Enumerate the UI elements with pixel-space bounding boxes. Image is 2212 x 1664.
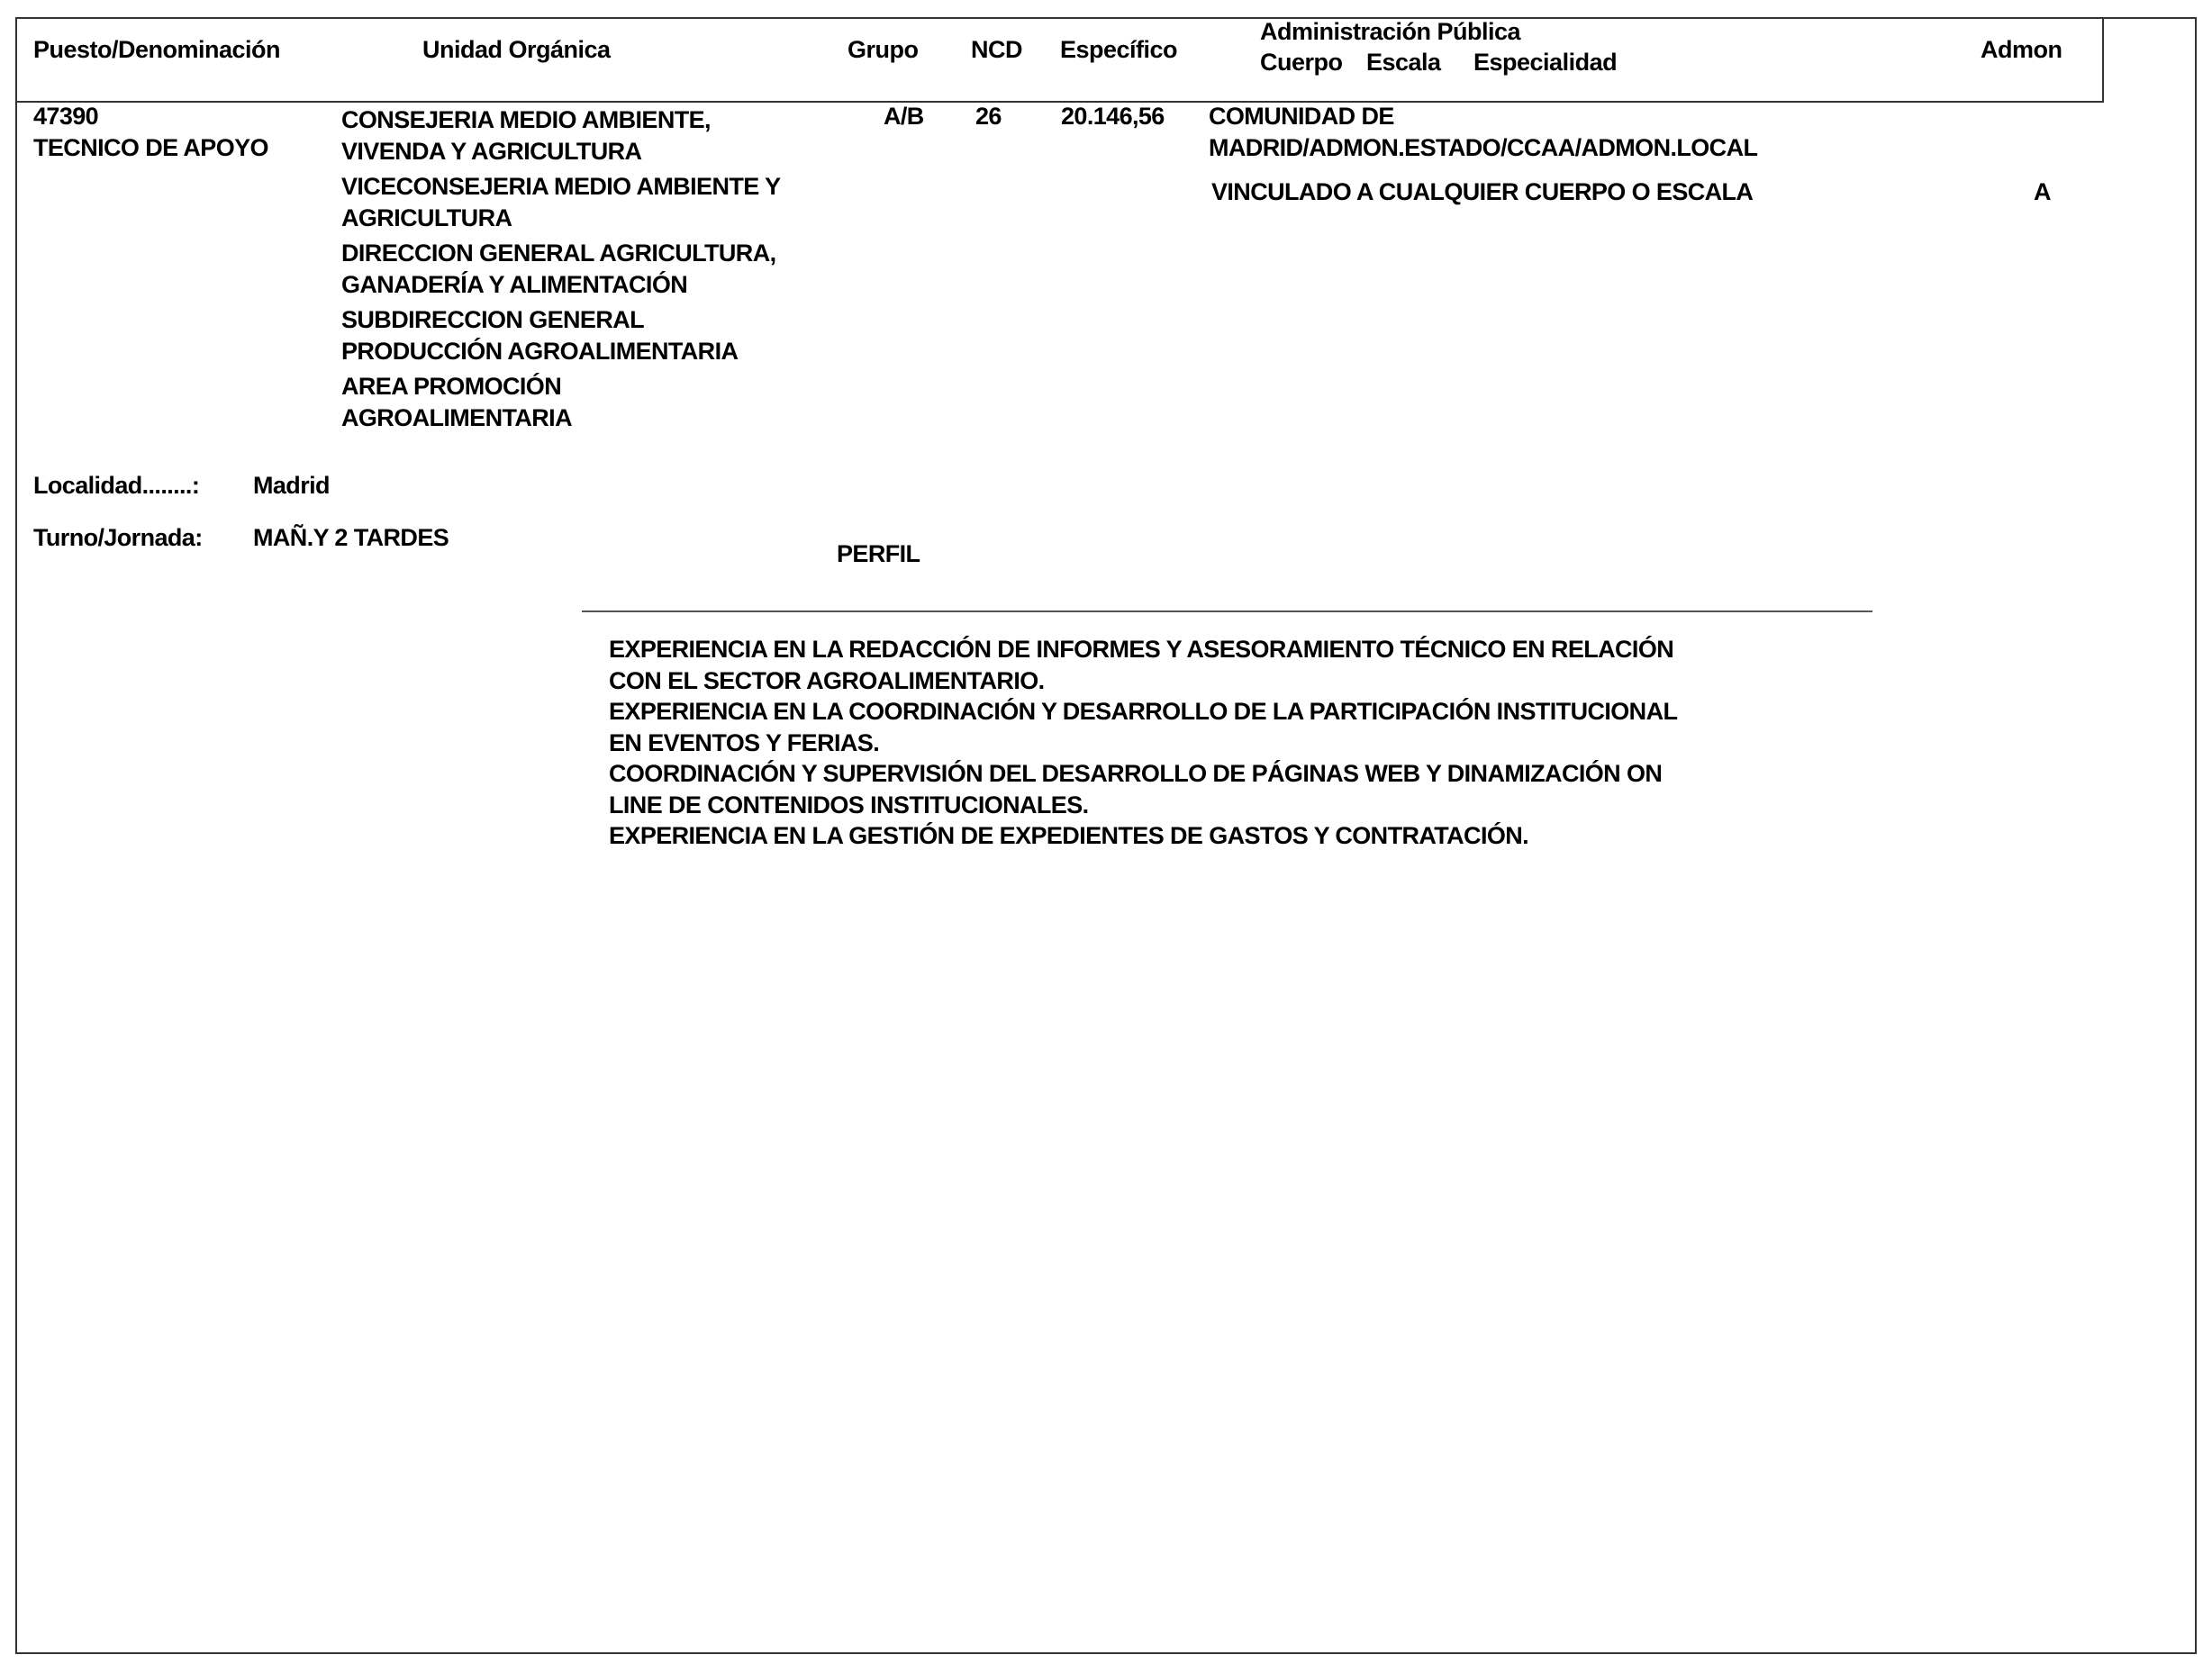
header-escala: Escala xyxy=(1366,49,1441,77)
localidad-label: Localidad........: xyxy=(33,470,199,502)
header-especialidad: Especialidad xyxy=(1473,49,1617,77)
cuerpo-escala-value: VINCULADO A CUALQUIER CUERPO O ESCALA xyxy=(1211,176,1753,208)
unidad-item: AREA PROMOCIÓN AGROALIMENTARIA xyxy=(341,371,780,434)
perfil-line: EN EVENTOS Y FERIAS. xyxy=(609,728,1677,759)
unidad-line: PRODUCCIÓN AGROALIMENTARIA xyxy=(341,336,780,367)
unidad-line: VIVENDA Y AGRICULTURA xyxy=(341,136,780,167)
header-unidad-organica: Unidad Orgánica xyxy=(422,36,611,64)
header-ncd: NCD xyxy=(971,36,1022,64)
unidad-organica-cell: CONSEJERIA MEDIO AMBIENTE, VIVENDA Y AGR… xyxy=(341,104,780,434)
puesto-codigo: 47390 xyxy=(33,101,268,132)
administracion-publica-value: COMUNIDAD DE MADRID/ADMON.ESTADO/CCAA/AD… xyxy=(1209,101,1757,164)
especifico-value: 20.146,56 xyxy=(1061,101,1165,132)
header-administracion-publica: Administración Pública xyxy=(1260,18,1520,46)
perfil-line: EXPERIENCIA EN LA GESTIÓN DE EXPEDIENTES… xyxy=(609,820,1677,852)
perfil-text: EXPERIENCIA EN LA REDACCIÓN DE INFORMES … xyxy=(609,634,1677,852)
unidad-line: CONSEJERIA MEDIO AMBIENTE, xyxy=(341,104,780,136)
header-cuerpo: Cuerpo xyxy=(1260,49,1343,77)
admin-line: COMUNIDAD DE xyxy=(1209,101,1757,132)
unidad-line: VICECONSEJERIA MEDIO AMBIENTE Y xyxy=(341,171,780,203)
perfil-line: CON EL SECTOR AGROALIMENTARIO. xyxy=(609,665,1677,697)
unidad-item: SUBDIRECCION GENERAL PRODUCCIÓN AGROALIM… xyxy=(341,304,780,367)
puesto-cell: 47390 TECNICO DE APOYO xyxy=(33,101,268,164)
header-puesto-denominacion: Puesto/Denominación xyxy=(33,36,280,64)
perfil-line: LINE DE CONTENIDOS INSTITUCIONALES. xyxy=(609,790,1677,821)
unidad-line: SUBDIRECCION GENERAL xyxy=(341,304,780,336)
perfil-divider xyxy=(582,610,1872,612)
unidad-item: DIRECCION GENERAL AGRICULTURA, GANADERÍA… xyxy=(341,238,780,301)
perfil-line: EXPERIENCIA EN LA REDACCIÓN DE INFORMES … xyxy=(609,634,1677,665)
admin-line: MADRID/ADMON.ESTADO/CCAA/ADMON.LOCAL xyxy=(1209,132,1757,164)
perfil-line: COORDINACIÓN Y SUPERVISIÓN DEL DESARROLL… xyxy=(609,758,1677,790)
header-especifico: Específico xyxy=(1060,36,1177,64)
puesto-denominacion: TECNICO DE APOYO xyxy=(33,132,268,164)
turno-label: Turno/Jornada: xyxy=(33,522,203,554)
unidad-item: CONSEJERIA MEDIO AMBIENTE, VIVENDA Y AGR… xyxy=(341,104,780,167)
turno-value: MAÑ.Y 2 TARDES xyxy=(253,522,449,554)
unidad-line: AREA PROMOCIÓN xyxy=(341,371,780,402)
unidad-line: AGROALIMENTARIA xyxy=(341,402,780,434)
unidad-line: GANADERÍA Y ALIMENTACIÓN xyxy=(341,269,780,301)
header-grupo: Grupo xyxy=(848,36,919,64)
unidad-item: VICECONSEJERIA MEDIO AMBIENTE Y AGRICULT… xyxy=(341,171,780,234)
perfil-title: PERFIL xyxy=(837,538,920,570)
header-admon: Admon xyxy=(1981,36,2062,64)
localidad-value: Madrid xyxy=(253,470,330,502)
admon-value: A xyxy=(2034,176,2051,208)
unidad-line: DIRECCION GENERAL AGRICULTURA, xyxy=(341,238,780,269)
ncd-value: 26 xyxy=(975,101,1002,132)
unidad-line: AGRICULTURA xyxy=(341,203,780,234)
perfil-line: EXPERIENCIA EN LA COORDINACIÓN Y DESARRO… xyxy=(609,696,1677,728)
grupo-value: A/B xyxy=(884,101,924,132)
